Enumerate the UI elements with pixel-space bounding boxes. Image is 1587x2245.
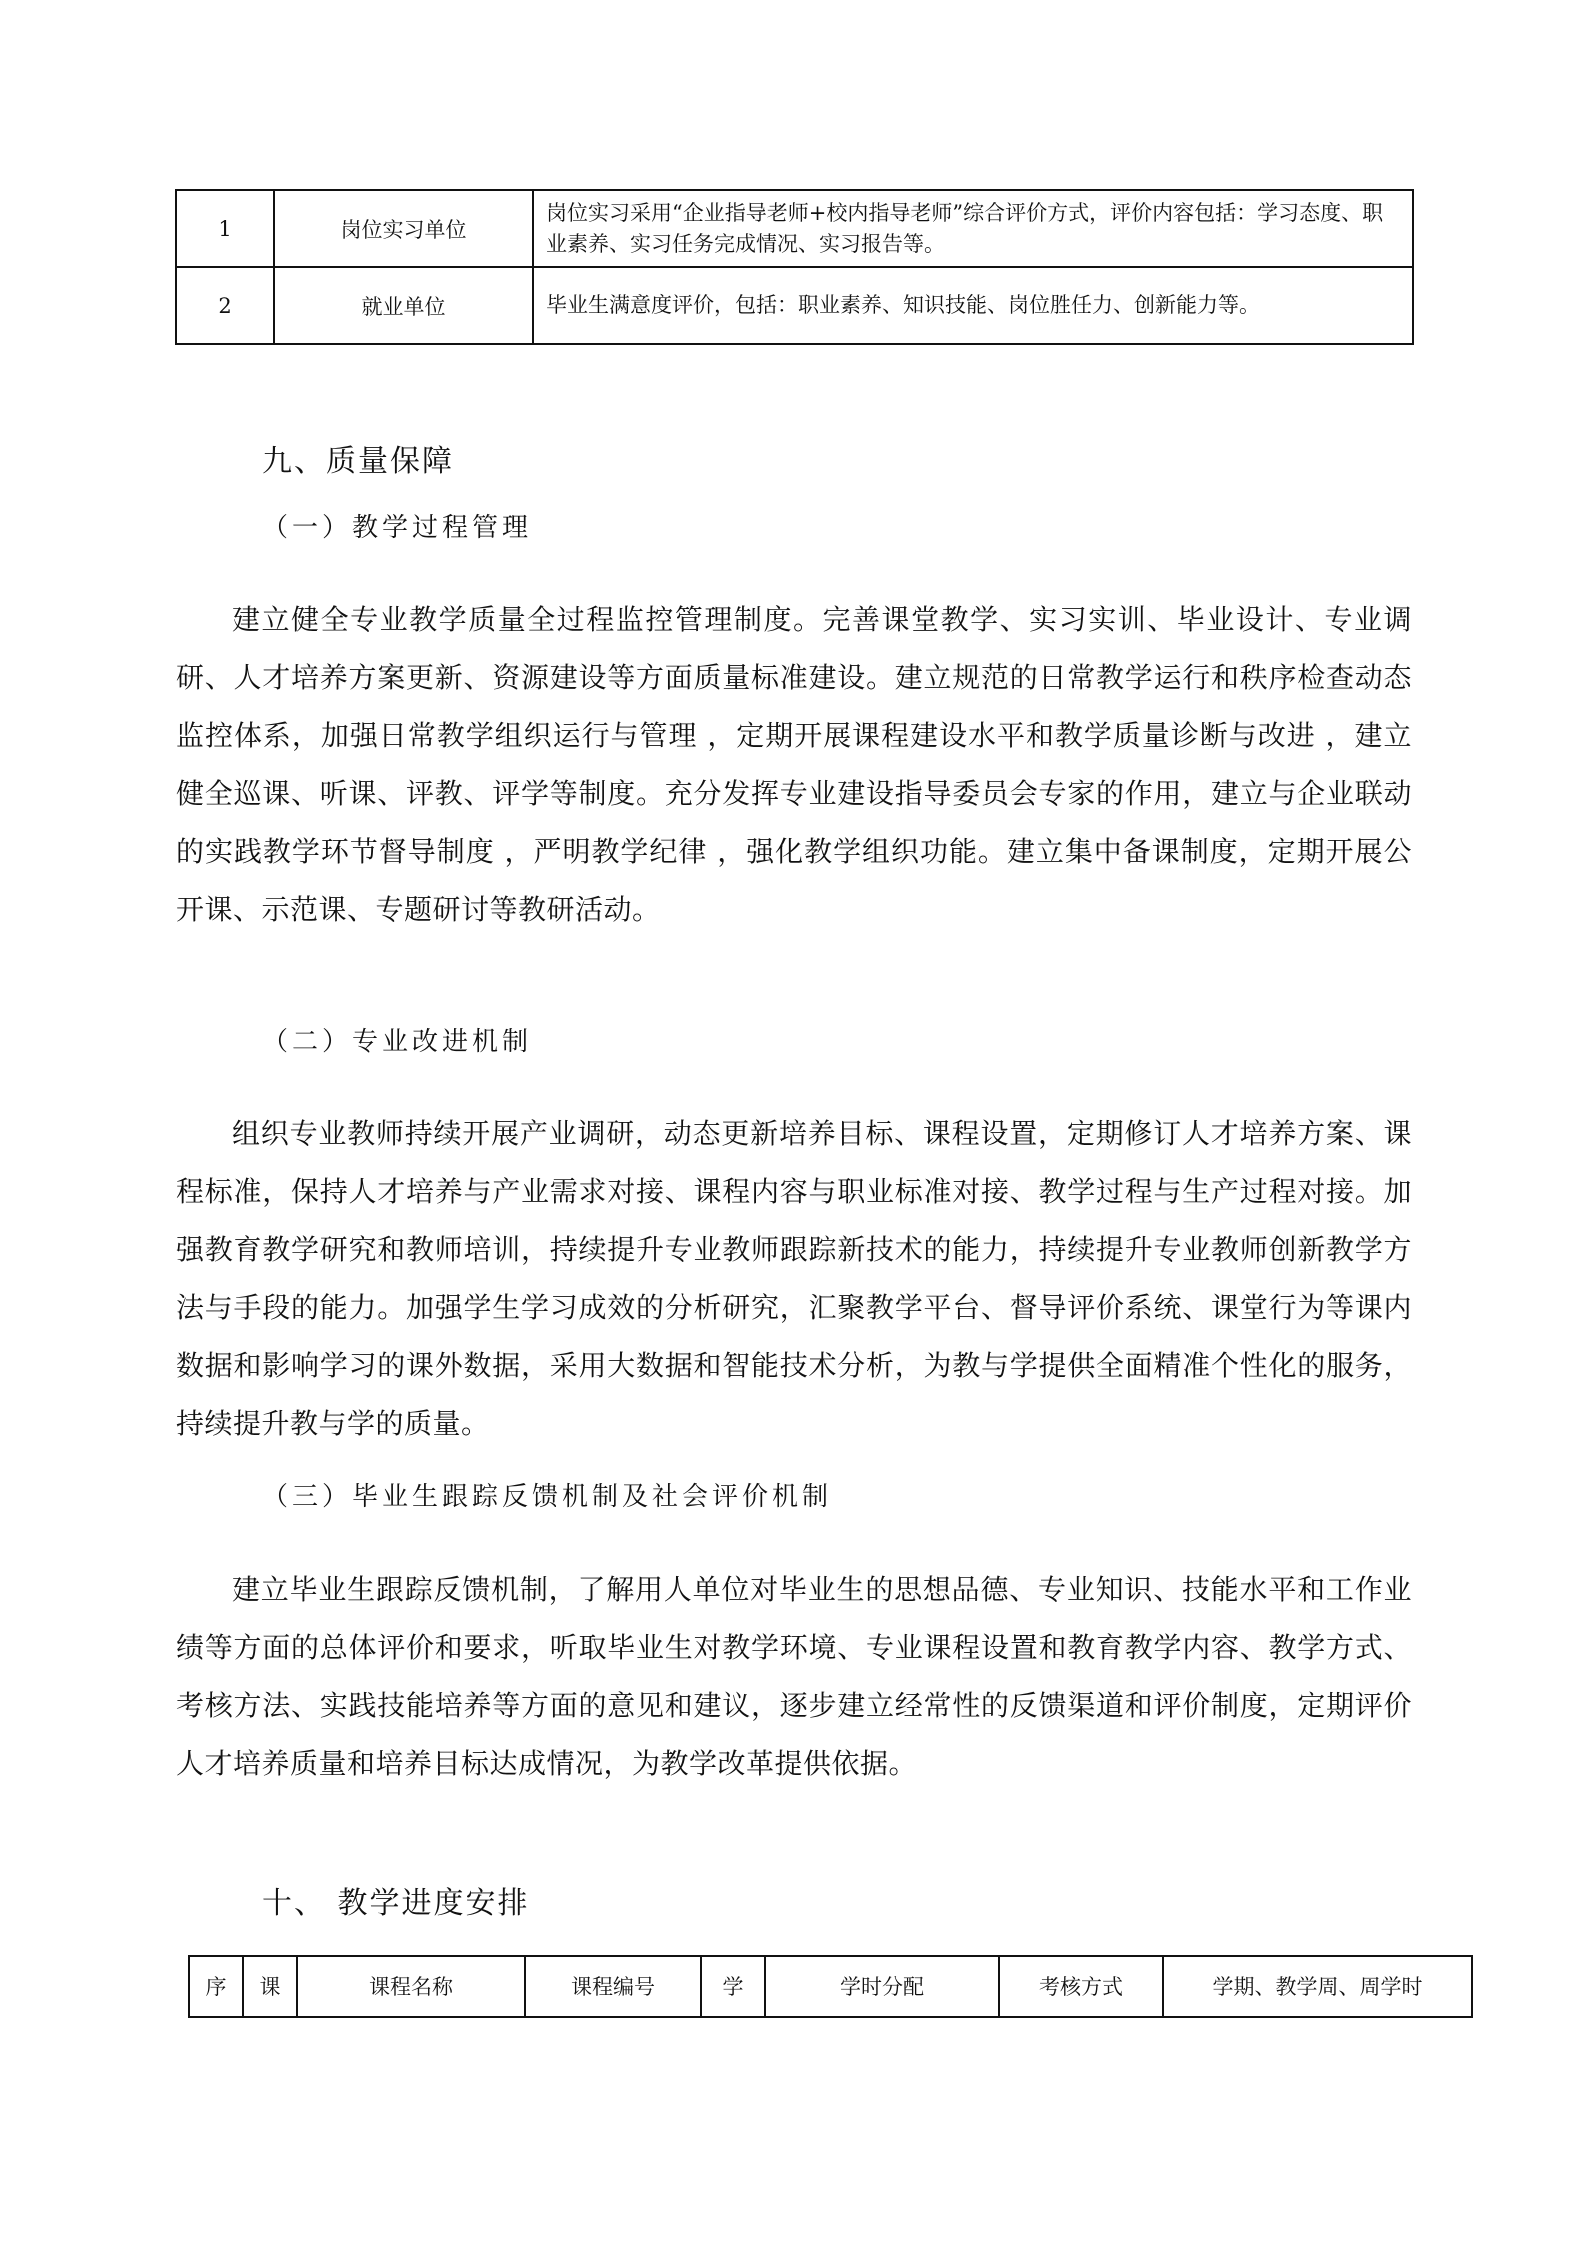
header-course-type: 课	[243, 1956, 297, 2017]
header-semester-schedule: 学期、教学周、周学时	[1163, 1956, 1472, 2017]
subsection-heading-teaching-process: （一）教学过程管理	[262, 507, 532, 544]
section-heading-quality-assurance: 九、质量保障	[262, 436, 454, 480]
section-heading-teaching-schedule: 十、 教学进度安排	[262, 1878, 530, 1922]
paragraph-improvement: 组织专业教师持续开展产业调研，动态更新培养目标、课程设置，定期修订人才培养方案、…	[176, 1105, 1412, 1453]
evaluation-description: 岗位实习采用“企业指导老师+校内指导老师”综合评价方式，评价内容包括：学习态度、…	[533, 190, 1413, 267]
schedule-table: 序 课 课程名称 课程编号 学 学时分配 考核方式 学期、教学周、周学时	[188, 1955, 1473, 2018]
subsection-heading-graduate-feedback: （三）毕业生跟踪反馈机制及社会评价机制	[262, 1476, 832, 1513]
header-assessment-method: 考核方式	[999, 1956, 1163, 2017]
table-row: 2 就业单位 毕业生满意度评价，包括：职业素养、知识技能、岗位胜任力、创新能力等…	[176, 267, 1413, 344]
header-course-code: 课程编号	[525, 1956, 701, 2017]
paragraph-graduate-feedback: 建立毕业生跟踪反馈机制，了解用人单位对毕业生的思想品德、专业知识、技能水平和工作…	[176, 1561, 1412, 1793]
row-number: 2	[176, 267, 274, 344]
evaluation-description: 毕业生满意度评价，包括：职业素养、知识技能、岗位胜任力、创新能力等。	[533, 267, 1413, 344]
row-number: 1	[176, 190, 274, 267]
table-row: 1 岗位实习单位 岗位实习采用“企业指导老师+校内指导老师”综合评价方式，评价内…	[176, 190, 1413, 267]
evaluation-unit: 岗位实习单位	[274, 190, 533, 267]
header-sequence: 序	[189, 1956, 243, 2017]
header-course-name: 课程名称	[297, 1956, 525, 2017]
subsection-heading-improvement: （二）专业改进机制	[262, 1021, 532, 1058]
evaluation-unit: 就业单位	[274, 267, 533, 344]
header-credits: 学	[701, 1956, 765, 2017]
paragraph-teaching-process: 建立健全专业教学质量全过程监控管理制度。完善课堂教学、实习实训、毕业设计、专业调…	[176, 591, 1412, 939]
evaluation-table: 1 岗位实习单位 岗位实习采用“企业指导老师+校内指导老师”综合评价方式，评价内…	[175, 189, 1414, 345]
table-header-row: 序 课 课程名称 课程编号 学 学时分配 考核方式 学期、教学周、周学时	[189, 1956, 1472, 2017]
header-hours-allocation: 学时分配	[765, 1956, 999, 2017]
